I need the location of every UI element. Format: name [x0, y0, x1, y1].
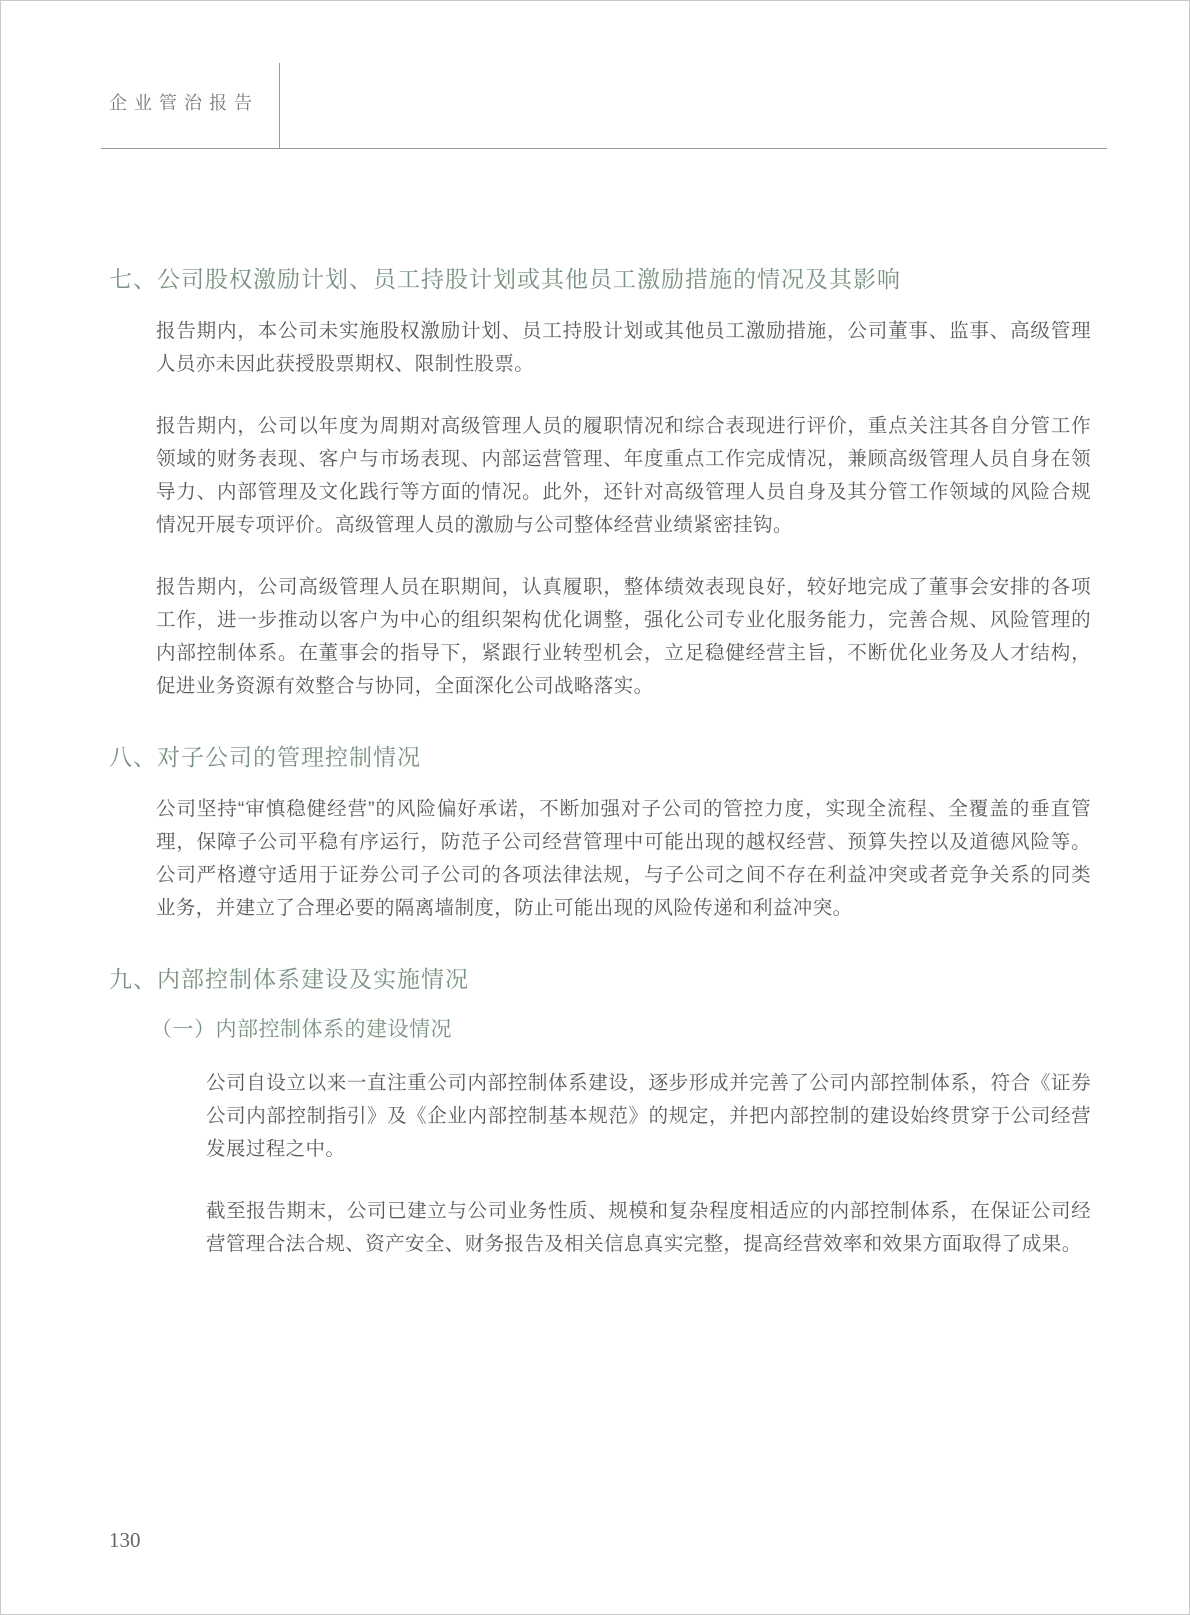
section-7-paragraph-3: 报告期内，公司高级管理人员在职期间，认真履职，整体绩效表现良好，较好地完成了董事…	[156, 571, 1091, 703]
section-9-heading: 九、内部控制体系建设及实施情况	[109, 963, 1091, 995]
section-7-paragraph-2: 报告期内，公司以年度为周期对高级管理人员的履职情况和综合表现进行评价，重点关注其…	[156, 410, 1091, 542]
section-7-paragraph-1: 报告期内，本公司未实施股权激励计划、员工持股计划或其他员工激励措施，公司董事、监…	[156, 315, 1091, 381]
section-9-paragraph-2: 截至报告期末，公司已建立与公司业务性质、规模和复杂程度相适应的内部控制体系，在保…	[206, 1195, 1091, 1261]
section-8-heading: 八、对子公司的管理控制情况	[109, 741, 1091, 773]
section-9-paragraph-1: 公司自设立以来一直注重公司内部控制体系建设，逐步形成并完善了公司内部控制体系，符…	[206, 1067, 1091, 1166]
section-8-paragraph-1: 公司坚持“审慎稳健经营”的风险偏好承诺，不断加强对子公司的管控力度，实现全流程、…	[156, 793, 1091, 925]
document-page: 企业管治报告 七、公司股权激励计划、员工持股计划或其他员工激励措施的情况及其影响…	[0, 0, 1190, 1615]
page-number: 130	[109, 1528, 141, 1553]
section-7-heading: 七、公司股权激励计划、员工持股计划或其他员工激励措施的情况及其影响	[109, 263, 1091, 295]
header-horizontal-rule	[101, 148, 1107, 149]
document-body: 七、公司股权激励计划、员工持股计划或其他员工激励措施的情况及其影响 报告期内，本…	[109, 263, 1091, 1290]
report-header-title: 企业管治报告	[109, 89, 259, 115]
header-vertical-divider	[279, 63, 280, 149]
section-9-subheading-1: （一）内部控制体系的建设情况	[151, 1015, 1091, 1045]
